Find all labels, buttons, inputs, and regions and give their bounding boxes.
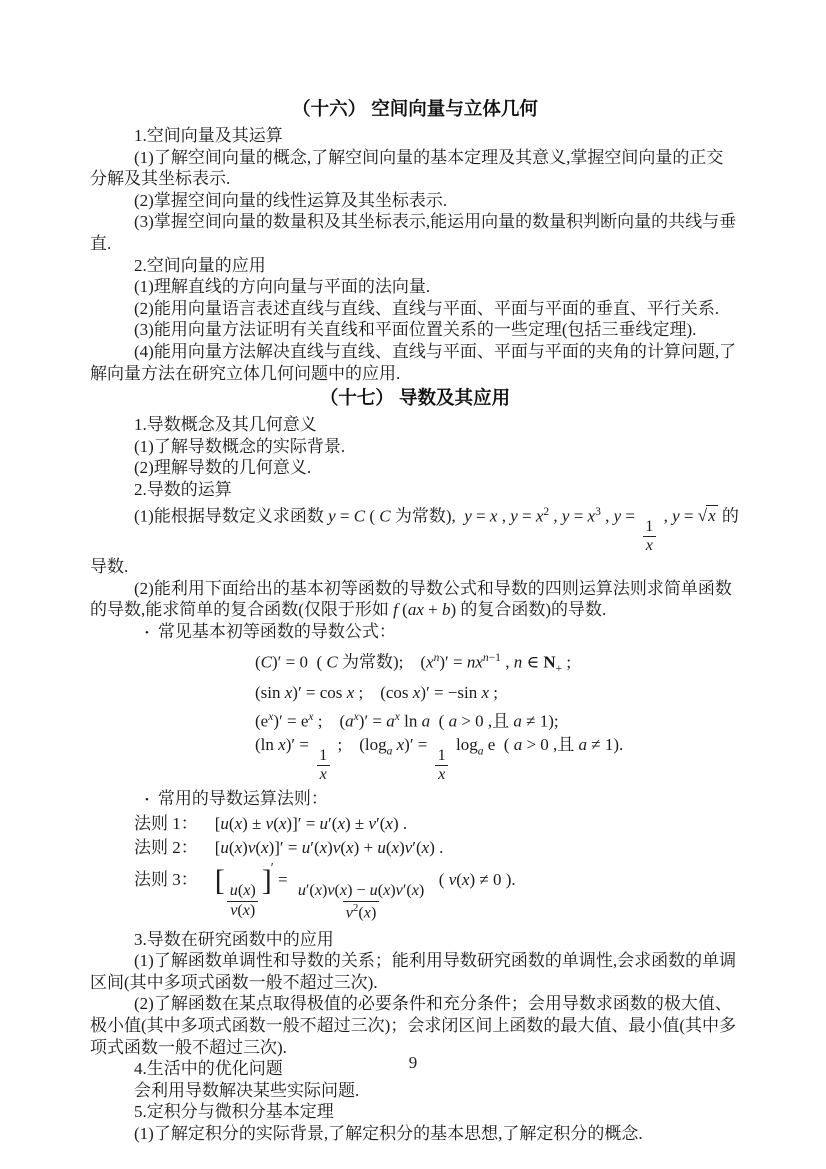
s16-item-2-4: (4)能用向量方法解决直线与直线、直线与平面、平面与平面的夹角的计算问题,了解向… (90, 341, 740, 384)
s16-item-2: 2.空间向量的应用 (90, 255, 740, 277)
s17-item-1: 1.导数概念及其几何意义 (90, 414, 740, 436)
s16-item-2-3: (3)能用向量方法证明有关直线和平面位置关系的一些定理(包括三垂线定理). (90, 319, 740, 341)
rule-2: 法则 2： [u(x)v(x)]′ = u′(x)v(x) + u(x)v′(x… (90, 837, 740, 859)
bullet-label: 常用的导数运算法则： (158, 789, 328, 808)
s16-item-2-2: (2)能用向量语言表述直线与直线、直线与平面、平面与平面的垂直、平行关系. (90, 298, 740, 320)
formula-exp: (ex)′ = ex ; (ax)′ = ax ln a ( a > 0 ,且 … (255, 706, 740, 732)
s17-item-3-1: (1)了解函数单调性和导数的关系；能利用导数研究函数的单调性,会求函数的单调区间… (90, 950, 740, 993)
s16-item-1-2: (2)掌握空间向量的线性运算及其坐标表示. (90, 190, 740, 212)
bullet-label: 常见基本初等函数的导数公式： (158, 622, 396, 641)
s16-item-1-3: (3)掌握空间向量的数量积及其坐标表示,能运用向量的数量积判断向量的共线与垂直. (90, 211, 740, 254)
derivative-formula-block: (C)′ = 0 ( C 为常数); (xn)′ = nxn−1 , n ∈ N… (255, 647, 740, 784)
s16-item-2-1: (1)理解直线的方向向量与平面的法向量. (90, 276, 740, 298)
s17-item-2-2-formula: (2)能利用下面给出的基本初等函数的导数公式和导数的四则运算法则求简单函数的导数… (90, 578, 740, 621)
bullet-icon: • (145, 790, 149, 812)
s17-item-5-1: (1)了解定积分的实际背景,了解定积分的基本思想,了解定积分的概念. (90, 1123, 740, 1145)
bullet-icon: • (145, 623, 149, 645)
s17-item-1-2: (2)理解导数的几何意义. (90, 457, 740, 479)
document-page: （十六） 空间向量与立体几何 1.空间向量及其运算 (1)了解空间向量的概念,了… (0, 0, 826, 1169)
s17-item-1-1: (1)了解导数概念的实际背景. (90, 436, 740, 458)
s17-item-3: 3.导数在研究函数中的应用 (90, 929, 740, 951)
bullet-line-rules: •常用的导数运算法则： (90, 788, 740, 812)
s17-item-4-1: 会利用导数解决某些实际问题. (90, 1080, 740, 1102)
page-number: 9 (0, 1052, 826, 1074)
section-title-17: （十七） 导数及其应用 (90, 386, 740, 410)
bullet-line-formulas: •常见基本初等函数的导数公式： (90, 621, 740, 645)
s17-item-5: 5.定积分与微积分基本定理 (90, 1101, 740, 1123)
formula-constant-power: (C)′ = 0 ( C 为常数); (xn)′ = nxn−1 , n ∈ N… (255, 647, 740, 680)
rule-1: 法则 1： [u(x) ± v(x)]′ = u′(x) ± v′(x) . (90, 813, 740, 835)
s16-item-1-1: (1)了解空间向量的概念,了解空间向量的基本定理及其意义,掌握空间向量的正交分解… (90, 147, 740, 190)
s17-item-2-1-formula: (1)能根据导数定义求函数 y = C ( C 为常数), y = x , y … (90, 501, 740, 578)
section-title-16: （十六） 空间向量与立体几何 (90, 97, 740, 121)
formula-log: (ln x)′ = 1x ; (loga x)′ = 1x loga e ( a… (255, 734, 740, 785)
s16-item-1: 1.空间向量及其运算 (90, 125, 740, 147)
s17-item-2: 2.导数的运算 (90, 479, 740, 501)
formula-sin-cos: (sin x)′ = cos x ; (cos x)′ = −sin x ; (255, 682, 740, 704)
s17-item-3-2: (2)了解函数在某点取得极值的必要条件和充分条件；会用导数求函数的极大值、极小值… (90, 993, 740, 1058)
rule-3: 法则 3： [u(x)v(x)]′ = u′(x)v(x) − u(x)v′(x… (90, 866, 740, 922)
